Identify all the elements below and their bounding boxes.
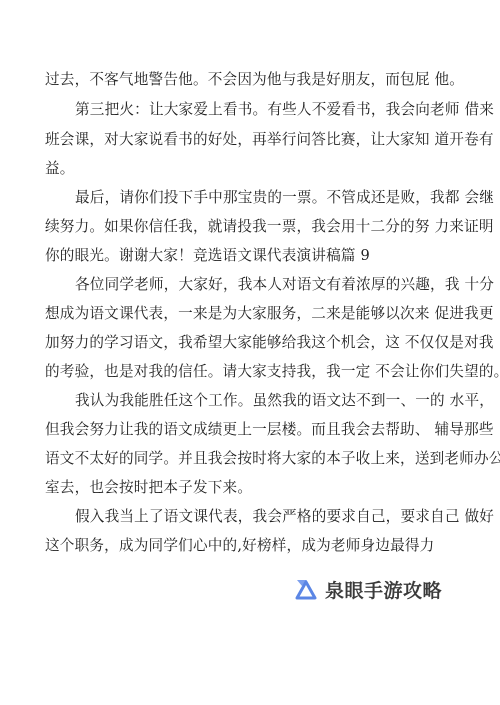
double-triangle-logo-icon <box>295 578 317 600</box>
text-line-1: 过去，不客气地警告他。不会因为他与我是好朋友，而包屁 他。 <box>45 70 465 90</box>
text-line-12: 我认为我能胜任这个工作。虽然我的语文达不到一、一的 水平， <box>75 391 465 411</box>
text-line-5: 最后，请你们投下手中那宝贵的一票。不管成还是败，我都 会继 <box>75 188 465 208</box>
text-line-14: 语文不太好的同学。并且我会按时将大家的本子收上来，送到老师办公 <box>45 449 465 469</box>
text-line-8: 各位同学老师，大家好，我本人对语文有着浓厚的兴趣，我 十分 <box>75 275 465 295</box>
watermark: 泉眼手游攻略 <box>295 572 442 606</box>
document-page: 过去，不客气地警告他。不会因为他与我是好朋友，而包屁 他。 第三把火：让大家爱上… <box>0 0 500 705</box>
text-line-3: 班会课，对大家说看书的好处，再举行问答比赛，让大家知 道开卷有 <box>45 130 465 150</box>
text-line-16: 假入我当上了语文课代表，我会严格的要求自己，要求自己 做好 <box>75 507 465 527</box>
text-line-13: 但我会努力让我的语文成绩更上一层楼。而且我会去帮助、 辅导那些 <box>45 420 465 440</box>
watermark-text: 泉眼手游攻略 <box>325 576 442 603</box>
text-line-7: 你的眼光。谢谢大家！竞选语文课代表演讲稿篇 9 <box>45 246 465 266</box>
text-line-2: 第三把火：让大家爱上看书。有些人不爱看书，我会向老师 借来 <box>75 100 465 120</box>
text-line-6: 续努力。如果你信任我，就请投我一票，我会用十二分的努 力来证明 <box>45 217 465 237</box>
text-line-15: 室去，也会按时把本子发下来。 <box>45 478 465 498</box>
text-line-11: 的考验，也是对我的信任。请大家支持我，我一定 不会让你们失望的。 <box>45 362 465 382</box>
text-line-10: 加努力的学习语文，我希望大家能够给我这个机会，这 不仅仅是对我 <box>45 333 465 353</box>
text-line-9: 想成为语文课代表，一来是为大家服务，二来是能够以次来 促进我更 <box>45 304 465 324</box>
text-line-4: 益。 <box>45 159 465 179</box>
text-line-17: 这个职务，成为同学们心中的,好榜样，成为老师身边最得力 <box>45 536 465 556</box>
